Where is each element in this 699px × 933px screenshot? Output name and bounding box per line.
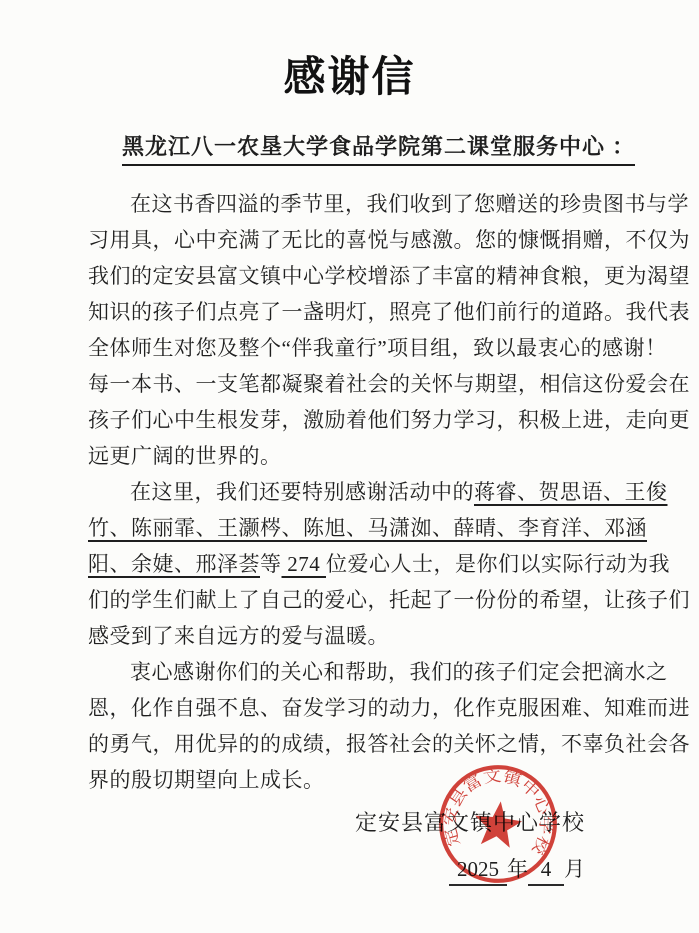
- body-line: 竹、陈丽霏、王灏梣、陈旭、马潇洳、薛晴、李育洋、邓涵: [88, 510, 611, 546]
- salutation-row: 黑龙江八一农垦大学食品学院第二课堂服务中心 ：: [122, 132, 699, 166]
- body-text: 在这书香四溢的季节里，我们收到了您赠送的珍贵图书与学: [130, 192, 689, 216]
- body-text: 每一本书、一支笔都凝聚着社会的关怀与期望，相信这份爱会在: [88, 372, 690, 396]
- body-line: 恩，化作自强不息、奋发学习的动力，化作克服困难、知难而进: [88, 690, 611, 726]
- body-line: 们的学生们献上了自己的爱心，托起了一份份的希望，让孩子们: [88, 582, 611, 618]
- body-line: 远更广阔的世界的。: [88, 438, 611, 474]
- body-text: 孩子们心中生根发芽，激励着他们努力学习，积极上进，走向更: [88, 408, 690, 432]
- seal-star-icon: [472, 799, 524, 849]
- letter-page: 感谢信 黑龙江八一农垦大学食品学院第二课堂服务中心 ： 在这书香四溢的季节里，我…: [0, 0, 699, 933]
- body-line: 我们的定安县富文镇中心学校增添了丰富的精神食粮，更为渴望: [88, 258, 611, 294]
- body-text: 知识的孩子们点亮了一盏明灯，照亮了他们前行的道路。我代表: [88, 300, 690, 324]
- body-line: 全体师生对您及整个“伴我童行”项目组，致以最衷心的感谢！: [88, 330, 611, 366]
- official-seal-stamp: 定安县富文镇中心学校: [429, 755, 567, 893]
- salutation: 黑龙江八一农垦大学食品学院第二课堂服务中心 ：: [122, 132, 635, 166]
- body-text: 我们的定安县富文镇中心学校增添了丰富的精神食粮，更为渴望: [88, 264, 690, 288]
- date-month-label: 月: [564, 857, 585, 881]
- donor-names: 竹、陈丽霏、王灏梣、陈旭、马潇洳、薛晴、李育洋、邓涵: [88, 516, 647, 540]
- body-text: 远更广阔的世界的。: [88, 444, 282, 468]
- donor-count: 274: [282, 552, 327, 576]
- body-text: 恩，化作自强不息、奋发学习的动力，化作克服困难、知难而进: [88, 696, 690, 720]
- body-text: 习用具，心中充满了无比的喜悦与感激。您的慷慨捐赠，不仅为: [88, 228, 690, 252]
- body-line: 每一本书、一支笔都凝聚着社会的关怀与期望，相信这份爱会在: [88, 366, 611, 402]
- body-text: 界的殷切期望向上成长。: [88, 768, 325, 792]
- letter-body: 在这书香四溢的季节里，我们收到了您赠送的珍贵图书与学 习用具，心中充满了无比的喜…: [88, 186, 611, 798]
- body-line: 习用具，心中充满了无比的喜悦与感激。您的慷慨捐赠，不仅为: [88, 222, 611, 258]
- body-line: 阳、余婕、邢泽荟等 274 位爱心人士，是你们以实际行动为我: [88, 546, 611, 582]
- body-text: 等: [260, 552, 282, 576]
- donor-names: 阳、余婕、邢泽荟: [88, 552, 260, 576]
- body-text: 们的学生们献上了自己的爱心，托起了一份份的希望，让孩子们: [88, 588, 690, 612]
- body-text: 位爱心人士，是你们以实际行动为我: [326, 552, 670, 576]
- body-line: 孩子们心中生根发芽，激励着他们努力学习，积极上进，走向更: [88, 402, 611, 438]
- body-line: 知识的孩子们点亮了一盏明灯，照亮了他们前行的道路。我代表: [88, 294, 611, 330]
- body-line: 衷心感谢你们的关心和帮助，我们的孩子们定会把滴水之: [88, 654, 611, 690]
- body-text: 感受到了来自远方的爱与温暖。: [88, 624, 389, 648]
- body-line: 的勇气，用优异的的成绩，报答社会的关怀之情，不辜负社会各: [88, 726, 611, 762]
- body-line: 在这里，我们还要特别感谢活动中的蒋睿、贺思语、王俊: [88, 474, 611, 510]
- body-text: 在这里，我们还要特别感谢活动中的: [130, 480, 474, 504]
- donor-names: 蒋睿、贺思语、王俊: [474, 480, 668, 504]
- body-text: 衷心感谢你们的关心和帮助，我们的孩子们定会把滴水之: [130, 660, 668, 684]
- letter-title: 感谢信: [0, 0, 699, 106]
- body-text: 全体师生对您及整个“伴我童行”项目组，致以最衷心的感谢！: [88, 336, 667, 360]
- body-text: 的勇气，用优异的的成绩，报答社会的关怀之情，不辜负社会各: [88, 732, 690, 756]
- body-line: 感受到了来自远方的爱与温暖。: [88, 618, 611, 654]
- body-line: 在这书香四溢的季节里，我们收到了您赠送的珍贵图书与学: [88, 186, 611, 222]
